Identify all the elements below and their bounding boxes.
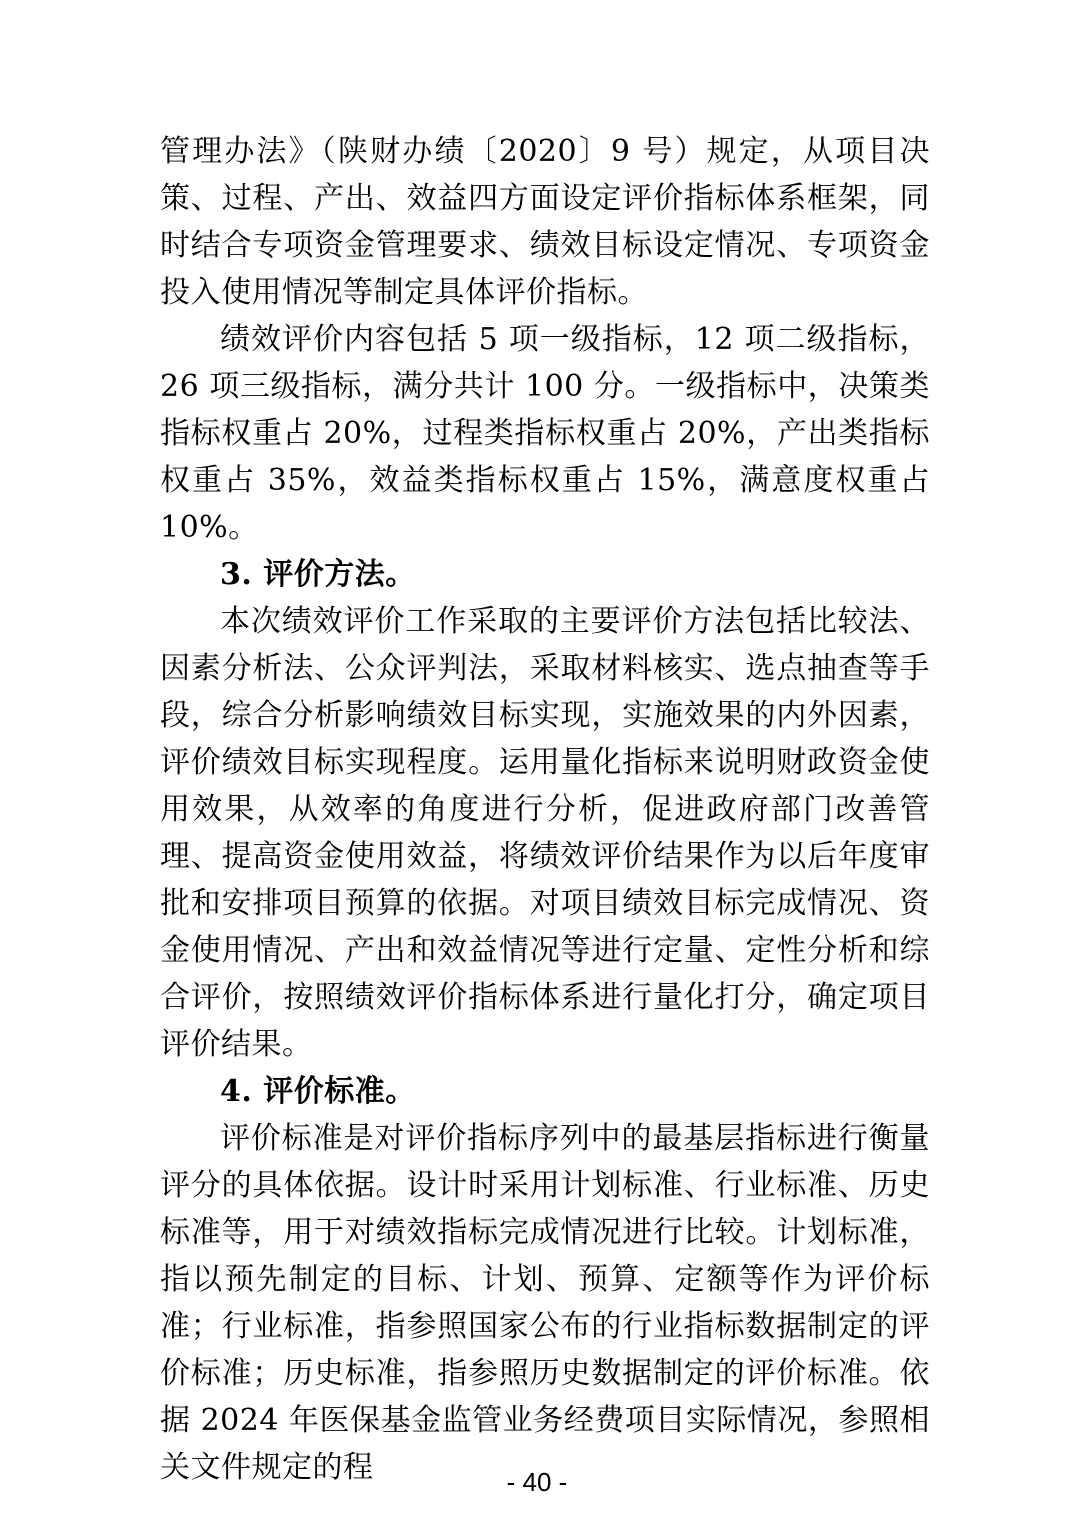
paragraph-indicator-weights: 绩效评价内容包括 5 项一级指标，12 项二级指标，26 项三级指标，满分共计 …: [160, 316, 930, 551]
page-number: - 40 -: [0, 1467, 1074, 1498]
paragraph-evaluation-method-detail: 本次绩效评价工作采取的主要评价方法包括比较法、因素分析法、公众评判法，采取材料核…: [160, 598, 930, 1068]
document-body: 管理办法》（陕财办绩〔2020〕9 号）规定，从项目决策、过程、产出、效益四方面…: [160, 128, 930, 1491]
heading-evaluation-standard: 4. 评价标准。: [160, 1068, 930, 1115]
paragraph-evaluation-standard-detail: 评价标准是对评价指标序列中的最基层指标进行衡量评分的具体依据。设计时采用计划标准…: [160, 1115, 930, 1491]
paragraph-continuation-evaluation-framework: 管理办法》（陕财办绩〔2020〕9 号）规定，从项目决策、过程、产出、效益四方面…: [160, 128, 930, 316]
document-page: 管理办法》（陕财办绩〔2020〕9 号）规定，从项目决策、过程、产出、效益四方面…: [0, 0, 1074, 1520]
heading-evaluation-method: 3. 评价方法。: [160, 551, 930, 598]
